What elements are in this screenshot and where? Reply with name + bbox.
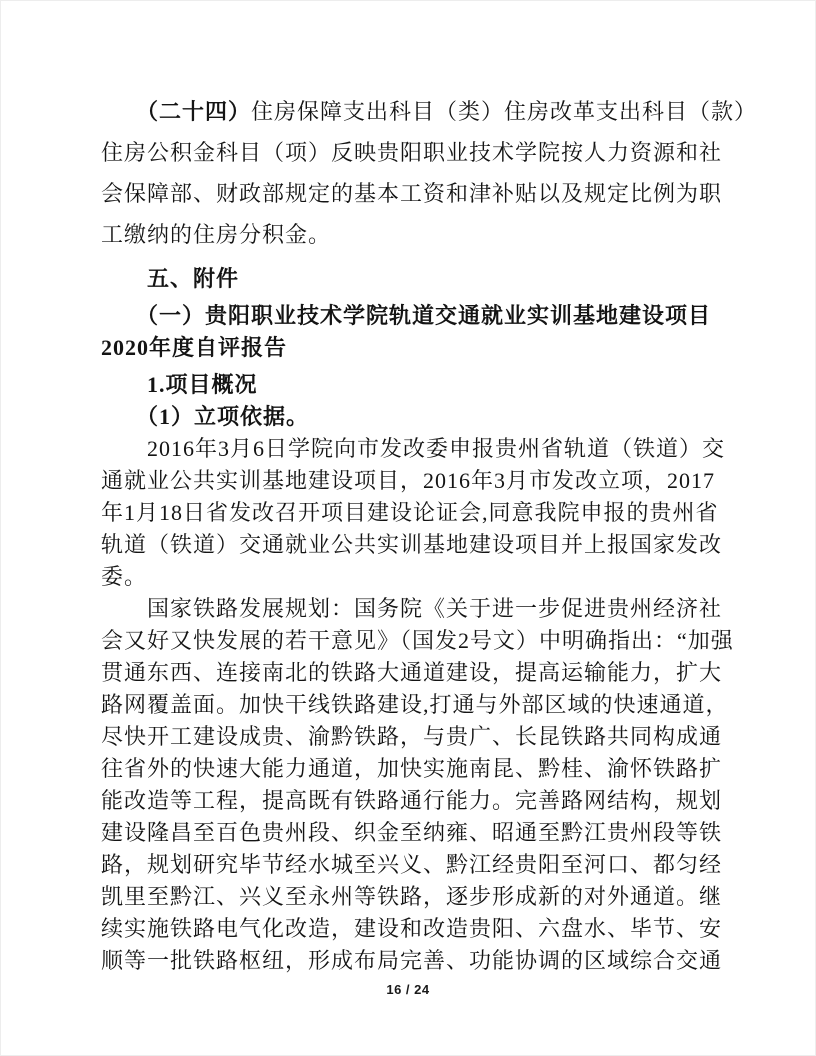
- heading-project-title: （一）贵阳职业技术学院轨道交通就业实训基地建设项目2020年度自评报告: [101, 300, 725, 364]
- paragraph-lines: 国家铁路发展规划：国务院《关于进一步促进贵州经济社会又好又快发展的若干意见》（国…: [101, 593, 725, 977]
- heading-line: 五、附件: [101, 263, 725, 295]
- text-line: 路网覆盖面。加快干线铁路建设,打通与外部区域的快速通道，: [101, 689, 725, 721]
- text-line: 凯里至黔江、兴义至永州等铁路，逐步形成新的对外通道。继: [101, 881, 725, 913]
- text-line: 能改造等工程，提高既有铁路通行能力。完善路网结构，规划: [101, 785, 725, 817]
- text-line: 往省外的快速大能力通道，加快实施南昆、黔桂、渝怀铁路扩: [101, 753, 725, 785]
- page-content: （二十四）住房保障支出科目（类）住房改革支出科目（款） 住房公积金科目（项）反映…: [101, 91, 725, 977]
- paragraph-project-application: 2016年3月6日学院向市发改委申报贵州省轨道（铁道）交通就业公共实训基地建设项…: [101, 433, 725, 593]
- text-line-rest: 住房保障支出科目（类）住房改革支出科目（款）: [251, 99, 757, 124]
- text-line: 年1月18日省发改召开项目建设论证会,同意我院申报的贵州省: [101, 497, 725, 529]
- text-line: 会保障部、财政部规定的基本工资和津补贴以及规定比例为职: [101, 173, 725, 214]
- document-page: （二十四）住房保障支出科目（类）住房改革支出科目（款） 住房公积金科目（项）反映…: [0, 0, 816, 1056]
- heading-lines: （一）贵阳职业技术学院轨道交通就业实训基地建设项目2020年度自评报告: [101, 300, 725, 364]
- text-line: 轨道（铁道）交通就业公共实训基地建设项目并上报国家发改: [101, 529, 725, 561]
- text-line: 会又好又快发展的若干意见》（国发2号文）中明确指出：“加强: [101, 625, 725, 657]
- text-line: 贯通东西、连接南北的铁路大通道建设，提高运输能力，扩大: [101, 657, 725, 689]
- text-line: 通就业公共实训基地建设项目，2016年3月市发改立项，2017: [101, 465, 725, 497]
- text-line: 工缴纳的住房分积金。: [101, 214, 725, 255]
- heading-line: 2020年度自评报告: [101, 332, 725, 364]
- text-line: 路，规划研究毕节经水城至兴义、黔江经贵阳至河口、都匀经: [101, 849, 725, 881]
- heading-line: （一）贵阳职业技术学院轨道交通就业实训基地建设项目: [101, 300, 725, 332]
- text-line: （二十四）住房保障支出科目（类）住房改革支出科目（款）: [101, 91, 725, 132]
- text-line: 国家铁路发展规划：国务院《关于进一步促进贵州经济社: [101, 593, 725, 625]
- text-line: 尽快开工建设成贵、渝黔铁路，与贵广、长昆铁路共同构成通: [101, 721, 725, 753]
- heading-line: 1.项目概况: [101, 369, 725, 401]
- text-line: 续实施铁路电气化改造，建设和改造贵阳、六盘水、毕节、安: [101, 913, 725, 945]
- heading-line: （1）立项依据。: [101, 401, 725, 433]
- page-number: 16 / 24: [1, 982, 815, 997]
- heading-project-overview: 1.项目概况: [101, 369, 725, 401]
- paragraph-railway-planning: 国家铁路发展规划：国务院《关于进一步促进贵州经济社会又好又快发展的若干意见》（国…: [101, 593, 725, 977]
- text-line: 顺等一批铁路枢纽，形成布局完善、功能协调的区域综合交通: [101, 945, 725, 977]
- text-line: 2016年3月6日学院向市发改委申报贵州省轨道（铁道）交: [101, 433, 725, 465]
- paragraph-lines: 2016年3月6日学院向市发改委申报贵州省轨道（铁道）交通就业公共实训基地建设项…: [101, 433, 725, 593]
- heading-attachments: 五、附件: [101, 263, 725, 295]
- text-line: 住房公积金科目（项）反映贵阳职业技术学院按人力资源和社: [101, 132, 725, 173]
- text-line: 委。: [101, 561, 725, 593]
- paragraph-housing-expenditure: （二十四）住房保障支出科目（类）住房改革支出科目（款） 住房公积金科目（项）反映…: [101, 91, 725, 255]
- text-line: 建设隆昌至百色贵州段、织金至纳雍、昭通至黔江贵州段等铁: [101, 817, 725, 849]
- section-number-24: （二十四）: [101, 99, 251, 124]
- paragraph-lines: 住房公积金科目（项）反映贵阳职业技术学院按人力资源和社会保障部、财政部规定的基本…: [101, 132, 725, 255]
- heading-approval-basis: （1）立项依据。: [101, 401, 725, 433]
